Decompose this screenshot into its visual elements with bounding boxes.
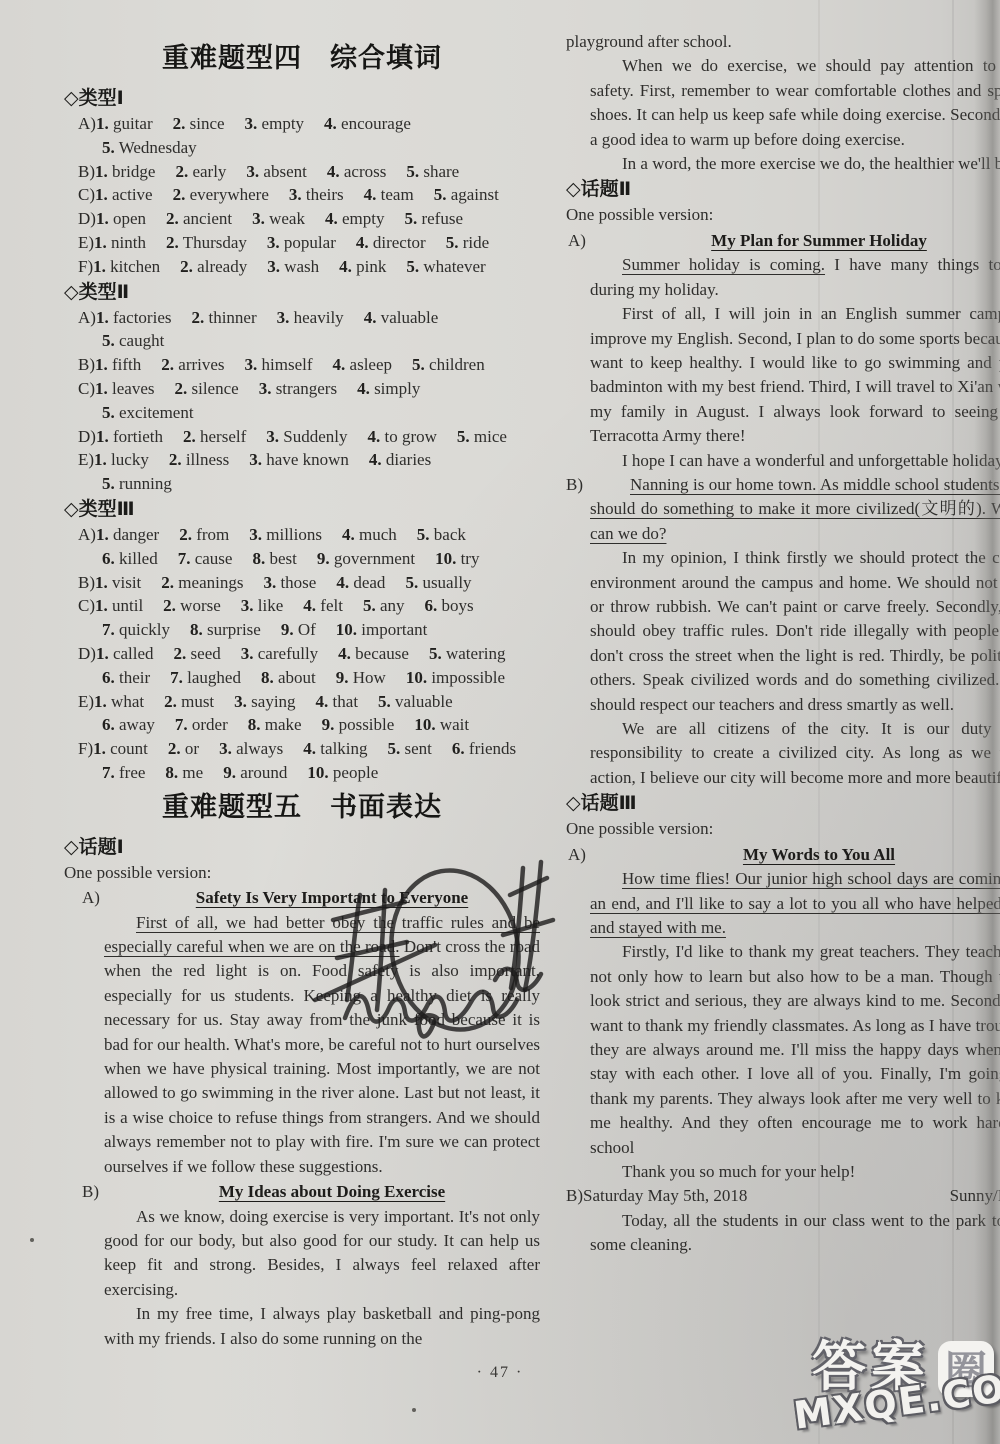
answer-word: danger xyxy=(113,525,159,544)
answer-line: F)1. kitchen2. already3. wash4. pink5. w… xyxy=(78,255,540,279)
essay-label: A) xyxy=(566,842,610,868)
answer-item: 9. Of xyxy=(281,620,316,639)
essay-title-text: My Words to You All xyxy=(743,845,895,864)
answer-number: 5. xyxy=(102,474,115,493)
answer-label: D) xyxy=(78,644,96,663)
answer-line: 5. running xyxy=(78,472,540,496)
type-heading: ◇类型Ⅰ xyxy=(64,86,540,111)
answer-word: valuable xyxy=(395,692,453,711)
answer-item: 3. himself xyxy=(245,355,313,374)
answer-word: diaries xyxy=(386,450,431,469)
answer-label: F) xyxy=(78,257,93,276)
answer-number: 5. xyxy=(102,138,115,157)
answer-word: open xyxy=(113,209,146,228)
answer-word: everywhere xyxy=(190,185,269,204)
answer-number: 8. xyxy=(248,715,261,734)
answer-line: 6. killed7. cause8. best9. government10.… xyxy=(78,547,540,571)
answer-word: much xyxy=(359,525,397,544)
answer-item: 2. herself xyxy=(183,427,246,446)
answer-word: that xyxy=(333,692,359,711)
answer-item: 1. ninth xyxy=(94,233,146,252)
answer-word: simply xyxy=(374,379,420,398)
answer-line: 5. Wednesday xyxy=(78,136,540,160)
answer-word: sent xyxy=(405,739,432,758)
answer-word: weak xyxy=(269,209,305,228)
answer-row: C)1. active2. everywhere3. theirs4. team… xyxy=(78,183,540,207)
answer-item: 5. mice xyxy=(457,427,507,446)
answer-line: C)1. leaves2. silence3. strangers4. simp… xyxy=(78,377,540,401)
answer-word: How xyxy=(353,668,386,687)
answer-number: 1. xyxy=(95,162,108,181)
answer-number: 4. xyxy=(364,308,377,327)
answer-item: 7. free xyxy=(102,763,145,782)
answer-word: encourage xyxy=(341,114,411,133)
answer-number: 10. xyxy=(414,715,435,734)
answer-item: 2. must xyxy=(164,692,214,711)
answer-row: C)1. until2. worse3. like4. felt5. any6.… xyxy=(78,594,540,642)
answer-word: have known xyxy=(266,450,349,469)
essay-label: B) xyxy=(64,1179,124,1205)
answer-word: those xyxy=(280,573,316,592)
answer-number: 4. xyxy=(368,427,381,446)
answer-item: 2. Thursday xyxy=(166,233,247,252)
answer-item: 6. killed xyxy=(102,549,158,568)
answer-word: children xyxy=(429,355,485,374)
answer-number: 3. xyxy=(252,209,265,228)
answer-word: caught xyxy=(119,331,164,350)
answer-word: surprise xyxy=(207,620,261,639)
answer-number: 2. xyxy=(174,379,187,398)
answer-number: 2. xyxy=(163,596,176,615)
answer-word: Of xyxy=(298,620,316,639)
answer-number: 1. xyxy=(93,739,106,758)
text-segment: How time flies! Our junior high school d… xyxy=(590,869,1000,937)
essay-title-text: My Plan for Summer Holiday xyxy=(711,231,927,250)
answer-word: away xyxy=(119,715,155,734)
answer-number: 2. xyxy=(166,233,179,252)
answer-item: 8. best xyxy=(252,549,296,568)
answer-word: boys xyxy=(441,596,473,615)
answer-item: 5. ride xyxy=(446,233,489,252)
answer-item: 3. those xyxy=(263,573,316,592)
answer-line: 6. away7. order8. make9. possible10. wai… xyxy=(78,713,540,737)
answer-word: thinner xyxy=(208,308,256,327)
answer-number: 2. xyxy=(173,185,186,204)
answer-row: A)1. guitar2. since3. empty4. encourage5… xyxy=(78,112,540,160)
answer-item: 8. me xyxy=(165,763,203,782)
answer-number: 7. xyxy=(102,763,115,782)
answer-row: F)1. kitchen2. already3. wash4. pink5. w… xyxy=(78,255,540,279)
answer-item: 7. laughed xyxy=(170,668,241,687)
text-segment: In my free time, I always play basketbal… xyxy=(104,1304,540,1347)
answer-word: any xyxy=(380,596,405,615)
answer-item: 3. always xyxy=(219,739,283,758)
answer-item: 2. meanings xyxy=(161,573,243,592)
answer-word: fifth xyxy=(112,355,141,374)
answer-item: 1. open xyxy=(96,209,146,228)
answer-word: until xyxy=(112,596,143,615)
answer-word: theirs xyxy=(306,185,344,204)
answer-item: 4. felt xyxy=(303,596,343,615)
essay-label: A) xyxy=(566,228,610,254)
answer-number: 7. xyxy=(102,620,115,639)
answer-item: 1. factories xyxy=(96,308,172,327)
answer-word: director xyxy=(373,233,426,252)
answer-item: 4. talking xyxy=(303,739,367,758)
answer-word: absent xyxy=(263,162,306,181)
answer-word: early xyxy=(192,162,226,181)
answer-line: A)1. danger2. from3. millions4. much5. b… xyxy=(78,523,540,547)
answer-label: C) xyxy=(78,379,95,398)
essay-paragraph: Today, all the students in our class wen… xyxy=(590,1209,1000,1258)
answer-item: 2. ancient xyxy=(166,209,232,228)
answer-item: 10. impossible xyxy=(406,668,505,687)
answer-number: 5. xyxy=(102,403,115,422)
answer-word: team xyxy=(381,185,414,204)
answer-line: D)1. called2. seed3. carefully4. because… xyxy=(78,642,540,666)
text-segment: In a word, the more exercise we do, the … xyxy=(622,154,1000,173)
type-heading: ◇类型Ⅲ xyxy=(64,497,540,522)
text-line: One possible version: xyxy=(566,203,1000,227)
answer-number: 4. xyxy=(303,596,316,615)
answer-word: back xyxy=(434,525,466,544)
answer-item: 3. empty xyxy=(245,114,305,133)
answer-item: 5. children xyxy=(412,355,485,374)
answer-item: 5. refuse xyxy=(404,209,463,228)
answer-item: 2. from xyxy=(179,525,229,544)
answer-number: 9. xyxy=(281,620,294,639)
answer-row: A)1. factories2. thinner3. heavily4. val… xyxy=(78,306,540,354)
answer-item: 5. usually xyxy=(405,573,471,592)
answer-label: E) xyxy=(78,450,94,469)
answer-word: order xyxy=(192,715,228,734)
answer-item: 5. against xyxy=(434,185,499,204)
answer-row: B)1. bridge2. early3. absent4. across5. … xyxy=(78,160,540,184)
answer-number: 3. xyxy=(234,692,247,711)
answer-word: people xyxy=(333,763,378,782)
answer-number: 6. xyxy=(102,715,115,734)
answer-item: 5. back xyxy=(417,525,466,544)
answer-item: 4. team xyxy=(364,185,414,204)
answer-item: 1. kitchen xyxy=(93,257,160,276)
answer-number: 4. xyxy=(333,355,346,374)
essay-title-row: A)My Plan for Summer Holiday xyxy=(566,228,1000,254)
answer-word: about xyxy=(278,668,316,687)
answer-item: 5. whatever xyxy=(406,257,485,276)
answer-item: 5. excitement xyxy=(102,403,194,422)
answer-number: 7. xyxy=(175,715,188,734)
answer-word: herself xyxy=(200,427,246,446)
answer-line: D)1. fortieth2. herself3. Suddenly4. to … xyxy=(78,425,540,449)
answer-number: 6. xyxy=(102,668,115,687)
answer-item: 1. until xyxy=(95,596,143,615)
answer-line: 6. their7. laughed8. about9. How10. impo… xyxy=(78,666,540,690)
essay-label: B) xyxy=(566,473,583,497)
answer-label: A) xyxy=(78,114,96,133)
answer-item: 7. cause xyxy=(178,549,233,568)
ink-speck xyxy=(30,1238,34,1242)
answer-item: 4. valuable xyxy=(364,308,439,327)
answer-item: 1. visit xyxy=(95,573,141,592)
answer-item: 3. Suddenly xyxy=(266,427,347,446)
text-segment: Thank you so much for your help! xyxy=(622,1162,855,1181)
answer-row: F)1. count2. or3. always4. talking5. sen… xyxy=(78,737,540,785)
answer-item: 4. empty xyxy=(325,209,385,228)
answer-number: 7. xyxy=(170,668,183,687)
answer-label: E) xyxy=(78,233,94,252)
answer-item: 3. strangers xyxy=(259,379,337,398)
answer-word: excitement xyxy=(119,403,194,422)
answer-word: wash xyxy=(284,257,319,276)
answer-item: 8. make xyxy=(248,715,302,734)
answer-row: B)1. fifth2. arrives3. himself4. asleep5… xyxy=(78,353,540,377)
answer-item: 6. friends xyxy=(452,739,516,758)
answer-item: 1. danger xyxy=(96,525,159,544)
answer-item: 4. asleep xyxy=(333,355,392,374)
answer-item: 6. away xyxy=(102,715,155,734)
answer-number: 2. xyxy=(166,209,179,228)
answer-word: lucky xyxy=(111,450,149,469)
answer-number: 3. xyxy=(249,525,262,544)
answer-item: 2. seed xyxy=(174,644,221,663)
text-line: One possible version: xyxy=(64,861,540,885)
answer-word: government xyxy=(334,549,415,568)
answer-number: 3. xyxy=(241,644,254,663)
answer-row: D)1. fortieth2. herself3. Suddenly4. to … xyxy=(78,425,540,449)
answer-number: 10. xyxy=(336,620,357,639)
answer-label: B) xyxy=(78,573,95,592)
answer-number: 5. xyxy=(457,427,470,446)
answer-number: 4. xyxy=(338,644,351,663)
answer-number: 2. xyxy=(161,355,174,374)
answer-word: quickly xyxy=(119,620,170,639)
diary-date-text: Saturday May 5th, 2018 xyxy=(583,1186,747,1205)
answer-number: 5. xyxy=(404,209,417,228)
answer-item: 5. caught xyxy=(102,331,164,350)
text-line: One possible version: xyxy=(566,817,1000,841)
answer-item: 2. thinner xyxy=(191,308,256,327)
answer-label: F) xyxy=(78,739,93,758)
answer-word: strangers xyxy=(276,379,337,398)
answer-word: called xyxy=(113,644,154,663)
answer-item: 2. everywhere xyxy=(173,185,269,204)
answer-number: 8. xyxy=(165,763,178,782)
answer-row: D)1. called2. seed3. carefully4. because… xyxy=(78,642,540,690)
text-segment: Nanning is our home town. As middle scho… xyxy=(590,475,1000,543)
answer-item: 3. theirs xyxy=(289,185,344,204)
answer-word: try xyxy=(461,549,480,568)
answer-label: C) xyxy=(78,596,95,615)
answer-number: 10. xyxy=(307,763,328,782)
essay-paragraph: When we do exercise, we should pay atten… xyxy=(590,54,1000,152)
essay-title-text: Safety Is Very Important to Everyone xyxy=(196,888,468,907)
answer-number: 5. xyxy=(405,573,418,592)
answer-number: 5. xyxy=(102,331,115,350)
answer-word: carefully xyxy=(258,644,318,663)
answer-item: 3. saying xyxy=(234,692,295,711)
type-heading: ◇话题Ⅱ xyxy=(566,177,1000,202)
essay-paragraph: As we know, doing exercise is very impor… xyxy=(104,1205,540,1303)
answer-word: seed xyxy=(191,644,221,663)
answer-word: important xyxy=(361,620,427,639)
answer-word: heavily xyxy=(294,308,344,327)
answer-item: 3. have known xyxy=(249,450,349,469)
answer-item: 1. what xyxy=(94,692,144,711)
answer-word: saying xyxy=(251,692,295,711)
answer-item: 2. worse xyxy=(163,596,221,615)
answer-item: 1. fifth xyxy=(95,355,141,374)
ink-speck xyxy=(412,1408,416,1412)
answer-word: impossible xyxy=(431,668,505,687)
answer-number: 2. xyxy=(169,450,182,469)
answer-number: 2. xyxy=(168,739,181,758)
answer-number: 1. xyxy=(95,379,108,398)
answer-word: to grow xyxy=(385,427,437,446)
answer-word: guitar xyxy=(113,114,153,133)
essay-title-text: My Ideas about Doing Exercise xyxy=(219,1182,445,1201)
answer-word: always xyxy=(236,739,283,758)
answer-number: 5. xyxy=(388,739,401,758)
answer-item: 9. possible xyxy=(322,715,395,734)
answer-word: arrives xyxy=(178,355,224,374)
answer-word: silence xyxy=(191,379,238,398)
answer-number: 1. xyxy=(96,209,109,228)
answer-word: against xyxy=(451,185,499,204)
answer-line: E)1. what2. must3. saying4. that5. valua… xyxy=(78,690,540,714)
answer-word: ride xyxy=(463,233,489,252)
answer-word: pink xyxy=(356,257,386,276)
answer-word: millions xyxy=(266,525,322,544)
answer-item: 2. silence xyxy=(174,379,238,398)
answer-line: F)1. count2. or3. always4. talking5. sen… xyxy=(78,737,540,761)
answer-word: active xyxy=(112,185,153,204)
answer-item: 3. absent xyxy=(246,162,306,181)
answer-word: must xyxy=(181,692,214,711)
section-title: 重难题型四 综合填词 xyxy=(64,42,540,76)
text-segment: Summer holiday is coming. xyxy=(622,255,825,274)
answer-word: killed xyxy=(119,549,158,568)
answer-word: Wednesday xyxy=(119,138,197,157)
answer-item: 5. Wednesday xyxy=(102,138,197,157)
answer-number: 9. xyxy=(223,763,236,782)
essay-paragraph: How time flies! Our junior high school d… xyxy=(590,867,1000,940)
type-heading: ◇话题Ⅲ xyxy=(566,791,1000,816)
answer-item: 3. weak xyxy=(252,209,305,228)
answer-number: 3. xyxy=(277,308,290,327)
answer-row: E)1. ninth2. Thursday3. popular4. direct… xyxy=(78,231,540,255)
text-segment: In my opinion, I think firstly we should… xyxy=(590,548,1000,713)
answer-word: himself xyxy=(262,355,313,374)
answer-line: E)1. ninth2. Thursday3. popular4. direct… xyxy=(78,231,540,255)
answer-word: refuse xyxy=(421,209,463,228)
answer-number: 2. xyxy=(175,162,188,181)
answer-number: 5. xyxy=(446,233,459,252)
answer-item: 3. like xyxy=(241,596,284,615)
answer-number: 9. xyxy=(322,715,335,734)
answer-number: 2. xyxy=(174,644,187,663)
answer-number: 1. xyxy=(96,114,109,133)
answer-word: bridge xyxy=(112,162,155,181)
answer-item: 5. any xyxy=(363,596,405,615)
answer-number: 2. xyxy=(180,257,193,276)
answer-word: cause xyxy=(195,549,233,568)
answer-number: 1. xyxy=(94,692,107,711)
type-heading: ◇类型Ⅱ xyxy=(64,280,540,305)
answer-number: 1. xyxy=(93,257,106,276)
answer-row: C)1. leaves2. silence3. strangers4. simp… xyxy=(78,377,540,425)
essay-paragraph: First of all, I will join in an English … xyxy=(590,302,1000,448)
section-title: 重难题型五 书面表达 xyxy=(64,791,540,825)
answer-item: 7. quickly xyxy=(102,620,170,639)
answer-word: their xyxy=(119,668,150,687)
type-heading: ◇话题Ⅰ xyxy=(64,835,540,860)
text-segment: As we know, doing exercise is very impor… xyxy=(104,1207,540,1299)
answer-item: 5. share xyxy=(406,162,459,181)
answer-line: B)1. bridge2. early3. absent4. across5. … xyxy=(78,160,540,184)
answer-number: 2. xyxy=(191,308,204,327)
answer-word: or xyxy=(185,739,199,758)
answer-number: 7. xyxy=(178,549,191,568)
answer-label: D) xyxy=(78,427,96,446)
answer-word: visit xyxy=(112,573,141,592)
answer-number: 3. xyxy=(245,355,258,374)
answer-item: 9. around xyxy=(223,763,287,782)
essay-paragraph: In a word, the more exercise we do, the … xyxy=(590,152,1000,176)
answer-word: wait xyxy=(440,715,469,734)
page-number: · 47 · xyxy=(440,1364,560,1382)
answer-word: laughed xyxy=(187,668,241,687)
answer-word: what xyxy=(111,692,144,711)
answer-item: 8. about xyxy=(261,668,316,687)
answer-item: 4. that xyxy=(316,692,359,711)
answer-item: 4. encourage xyxy=(324,114,411,133)
essay-title-row: B)My Ideas about Doing Exercise xyxy=(64,1179,540,1205)
answer-number: 4. xyxy=(342,525,355,544)
answer-number: 5. xyxy=(406,257,419,276)
essay-paragraph: In my free time, I always play basketbal… xyxy=(104,1302,540,1351)
answer-number: 6. xyxy=(424,596,437,615)
essay-paragraph: I hope I can have a wonderful and unforg… xyxy=(590,449,1000,473)
answer-number: 2. xyxy=(179,525,192,544)
answer-number: 1. xyxy=(95,596,108,615)
answer-number: 3. xyxy=(267,257,280,276)
answer-word: possible xyxy=(339,715,395,734)
answer-number: 3. xyxy=(219,739,232,758)
answer-word: Suddenly xyxy=(283,427,347,446)
answer-word: make xyxy=(265,715,302,734)
answer-number: 5. xyxy=(363,596,376,615)
text-segment: Firstly, I'd like to thank my great teac… xyxy=(590,942,1000,1156)
answer-number: 3. xyxy=(241,596,254,615)
answer-number: 1. xyxy=(94,233,107,252)
answer-number: 4. xyxy=(303,739,316,758)
answer-item: 10. people xyxy=(307,763,378,782)
answer-row: D)1. open2. ancient3. weak4. empty5. ref… xyxy=(78,207,540,231)
answer-item: 5. watering xyxy=(429,644,505,663)
answer-item: 2. already xyxy=(180,257,247,276)
answer-label: A) xyxy=(78,525,96,544)
answer-label: B) xyxy=(78,162,95,181)
answer-number: 3. xyxy=(267,233,280,252)
answer-number: 8. xyxy=(252,549,265,568)
answer-word: popular xyxy=(284,233,336,252)
answer-label: A) xyxy=(78,308,96,327)
answer-number: 5. xyxy=(378,692,391,711)
essay-paragraph: We are all citizens of the city. It is o… xyxy=(590,717,1000,790)
answer-number: 1. xyxy=(95,355,108,374)
answer-word: fortieth xyxy=(113,427,163,446)
answer-line: B)1. fifth2. arrives3. himself4. asleep5… xyxy=(78,353,540,377)
